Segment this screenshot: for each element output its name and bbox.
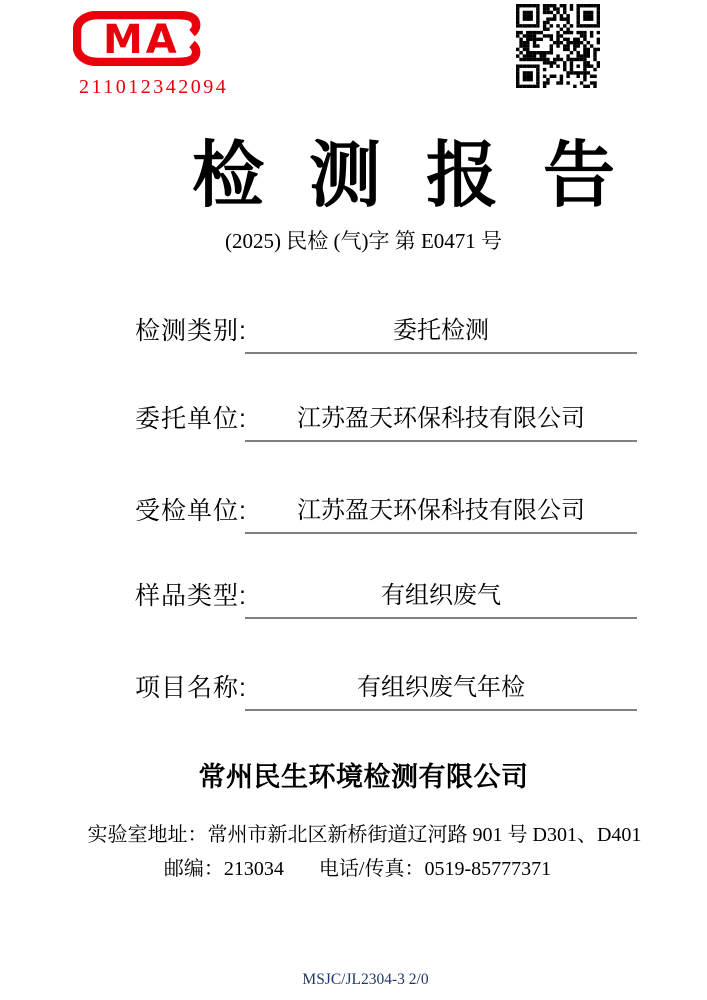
cma-logo-icon: MA [73, 11, 206, 66]
doc-code: MSJC/JL2304-3 2/0 [12, 971, 707, 988]
field-value: 江苏盈天环保科技有限公司 [245, 406, 637, 442]
report-cover-page: MA 211012342094 检测报告 (2025) 民检 (气)字 第 E0… [0, 0, 707, 1000]
field-label: 委托单位: [135, 406, 247, 432]
report-number: (2025) 民检 (气)字 第 E0471 号 [10, 229, 707, 254]
field-row-test-category: 检测类别: 委托检测 [0, 318, 707, 358]
field-value: 有组织废气 [245, 583, 637, 619]
field-label: 样品类型: [135, 583, 247, 609]
cma-license-number: 211012342094 [79, 77, 228, 97]
phone-fax: 电话/传真：0519-85777371 [319, 858, 551, 880]
postcode: 邮编：213034 [164, 858, 284, 880]
cma-ma-label: MA [103, 17, 180, 63]
qr-code [516, 4, 600, 88]
company-address: 实验室地址：常州市新北区新桥街道辽河路 901 号 D301、D401 [11, 823, 707, 847]
report-title: 检测报告 [192, 140, 660, 212]
field-value: 江苏盈天环保科技有限公司 [245, 498, 637, 534]
field-row-client: 委托单位: 江苏盈天环保科技有限公司 [0, 406, 707, 446]
field-value: 委托检测 [245, 318, 637, 354]
field-label: 检测类别: [135, 318, 247, 344]
field-row-project-name: 项目名称: 有组织废气年检 [0, 675, 707, 715]
field-value: 有组织废气年检 [245, 675, 637, 711]
company-name: 常州民生环境检测有限公司 [10, 755, 707, 794]
field-row-inspected-unit: 受检单位: 江苏盈天环保科技有限公司 [0, 498, 707, 538]
field-label: 项目名称: [135, 675, 247, 701]
field-row-sample-type: 样品类型: 有组织废气 [0, 583, 707, 623]
field-label: 受检单位: [135, 498, 247, 524]
company-contact: 邮编：213034电话/传真：0519-85777371 [4, 857, 707, 881]
